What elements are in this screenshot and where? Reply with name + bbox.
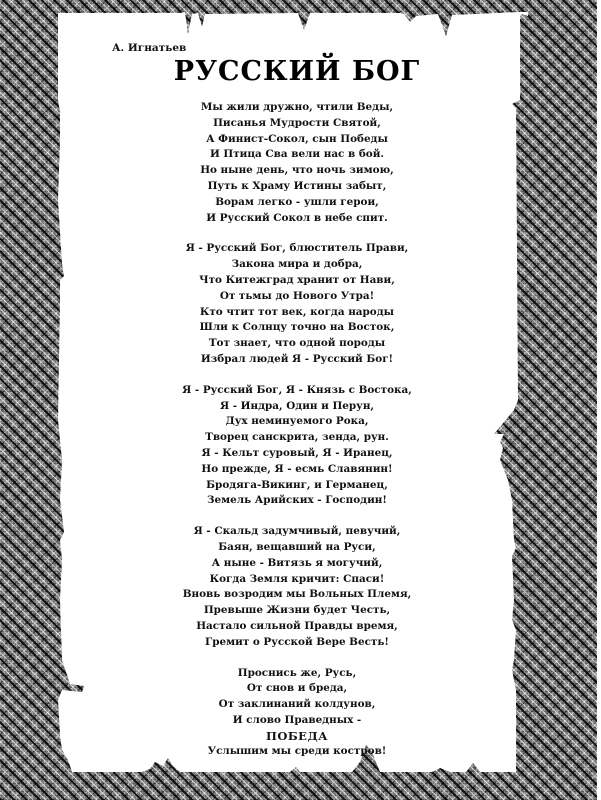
poem-line: Бродяга-Викинг, и Германец, <box>62 478 532 494</box>
poem-line: Но прежде, Я - есмь Славянин! <box>62 462 532 478</box>
poem-line: Я - Кельт суровый, Я - Иранец, <box>62 446 532 462</box>
stanza-5: Проснись же, Русь, От снов и бреда, От з… <box>62 666 532 761</box>
poem-line: Превыше Жизни будет Честь, <box>62 603 532 619</box>
poem-line: Проснись же, Русь, <box>62 666 532 682</box>
poem-line: Писанья Мудрости Святой, <box>62 116 532 132</box>
poem-line: Я - Скальд задумчивый, певучий, <box>62 524 532 540</box>
poem-line: Что Китежград хранит от Нави, <box>62 273 532 289</box>
poem-line: Шли к Солнцу точно на Восток, <box>62 320 532 336</box>
poem-line-emphasis: ПОБЕДА <box>62 729 532 745</box>
stanza-3: Я - Русский Бог, Я - Князь с Востока, Я … <box>62 383 532 509</box>
poem-line: Кто чтит тот век, когда народы <box>62 305 532 321</box>
poem-line: И Русский Сокол в небе спит. <box>62 211 532 227</box>
poem-line: И слово Праведных - <box>62 713 532 729</box>
poem-line: А ныне - Витязь я могучий, <box>62 556 532 572</box>
poem-line: Настало сильной Правды время, <box>62 619 532 635</box>
poem-line: Ворам легко - ушли герои, <box>62 195 532 211</box>
poem-line: Я - Индра, Один и Перун, <box>62 399 532 415</box>
poem-line: Баян, вещавший на Руси, <box>62 540 532 556</box>
author-name: А. Игнатьев <box>112 42 186 54</box>
poem-line: Гремит о Русской Вере Весть! <box>62 635 532 651</box>
poem-line: Путь к Храму Истины забыт, <box>62 179 532 195</box>
poem-document: А. Игнатьев РУССКИЙ БОГ Мы жили дружно, … <box>62 30 532 750</box>
poem-line: Когда Земля кричит: Спаси! <box>62 572 532 588</box>
poem-line: А Финист-Сокол, сын Победы <box>62 132 532 148</box>
poem-title: РУССКИЙ БОГ <box>62 56 532 87</box>
poem-line: Я - Русский Бог, Я - Князь с Востока, <box>62 383 532 399</box>
poem-line: От тьмы до Нового Утра! <box>62 289 532 305</box>
poem-line: От заклинаний колдунов, <box>62 697 532 713</box>
poem-line: Творец санскрита, зенда, рун. <box>62 430 532 446</box>
poem-body: Мы жили дружно, чтили Веды, Писанья Мудр… <box>62 100 532 775</box>
poem-line: Тот знает, что одной породы <box>62 336 532 352</box>
stanza-1: Мы жили дружно, чтили Веды, Писанья Мудр… <box>62 100 532 226</box>
stanza-4: Я - Скальд задумчивый, певучий, Баян, ве… <box>62 524 532 650</box>
poem-line: Я - Русский Бог, блюститель Прави, <box>62 241 532 257</box>
poem-line: Услышим мы среди костров! <box>62 744 532 760</box>
poem-line: И Птица Сва вели нас в бой. <box>62 147 532 163</box>
poem-line: Земель Арийских - Господин! <box>62 493 532 509</box>
stanza-2: Я - Русский Бог, блюститель Прави, Закон… <box>62 241 532 367</box>
poem-line: Но ныне день, что ночь зимою, <box>62 163 532 179</box>
poem-line: Дух неминуемого Рока, <box>62 414 532 430</box>
poem-line: Закона мира и добра, <box>62 257 532 273</box>
poem-line: Вновь возродим мы Вольных Племя, <box>62 587 532 603</box>
poem-line: От снов и бреда, <box>62 681 532 697</box>
poem-line: Мы жили дружно, чтили Веды, <box>62 100 532 116</box>
poem-line: Избрал людей Я - Русский Бог! <box>62 352 532 368</box>
